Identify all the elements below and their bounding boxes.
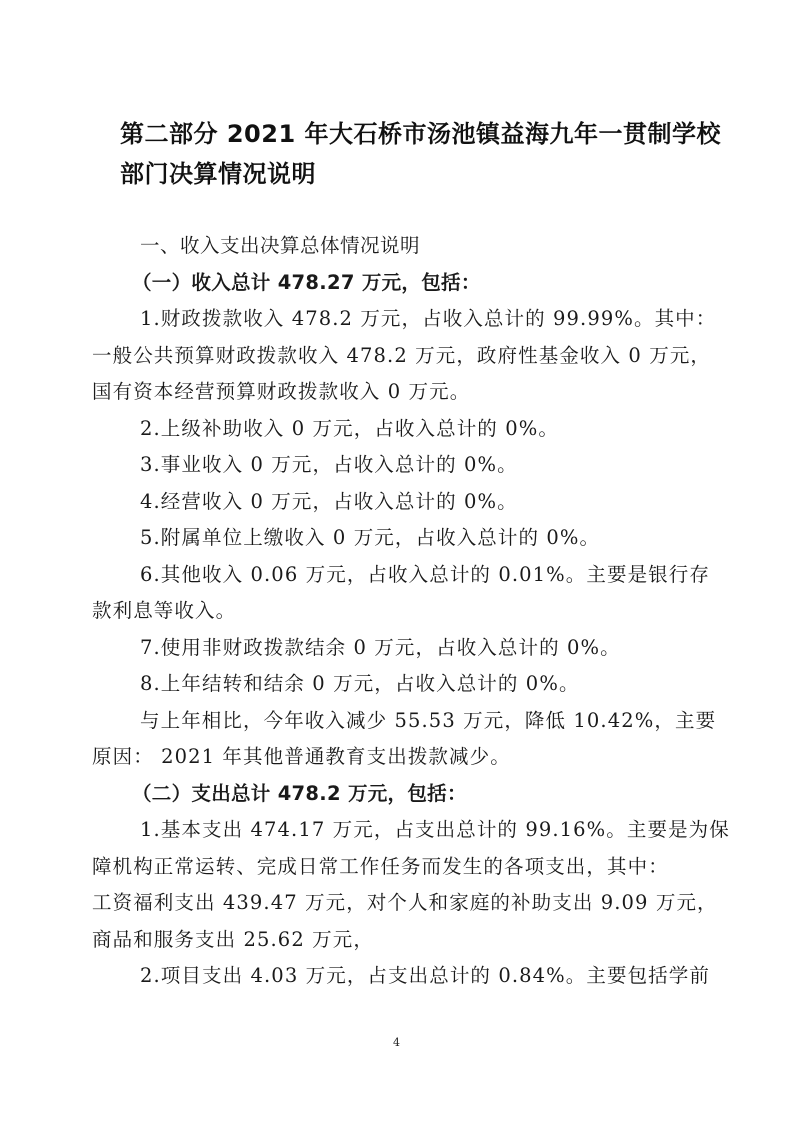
income-line: 6.其他收入 0.06 万元，占收入总计的 0.01%。主要是银行存	[92, 557, 712, 594]
page-number: 4	[0, 1036, 793, 1049]
expense-line: 2.项目支出 4.03 万元，占支出总计的 0.84%。主要包括学前	[92, 958, 712, 995]
expense-line: 障机构正常运转、完成日常工作任务而发生的各项支出，其中：	[92, 849, 712, 886]
expense-line: 1.基本支出 474.17 万元，占支出总计的 99.16%。主要是为保	[92, 812, 712, 849]
expense-heading: （二）支出总计 478.2 万元，包括：	[92, 776, 712, 813]
document-page: 第二部分 2021 年大石桥市汤池镇益海九年一贯制学校 部门决算情况说明 一、收…	[0, 0, 793, 1122]
document-title: 第二部分 2021 年大石桥市汤池镇益海九年一贯制学校 部门决算情况说明	[120, 114, 720, 194]
income-comparison-line: 与上年相比，今年收入减少 55.53 万元，降低 10.42%，主要	[92, 703, 712, 740]
income-comparison-line: 原因： 2021 年其他普通教育支出拨款减少。	[92, 739, 712, 776]
income-line: 国有资本经营预算财政拨款收入 0 万元。	[92, 374, 712, 411]
section-heading: 一、收入支出决算总体情况说明	[92, 228, 712, 265]
income-line: 8.上年结转和结余 0 万元，占收入总计的 0%。	[92, 666, 712, 703]
title-line-2: 部门决算情况说明	[120, 154, 720, 194]
expense-line: 商品和服务支出 25.62 万元，	[92, 922, 712, 959]
income-heading: （一）收入总计 478.27 万元，包括：	[92, 265, 712, 302]
income-line: 一般公共预算财政拨款收入 478.2 万元，政府性基金收入 0 万元，	[92, 338, 712, 375]
income-line: 3.事业收入 0 万元，占收入总计的 0%。	[92, 447, 712, 484]
document-body: 一、收入支出决算总体情况说明 （一）收入总计 478.27 万元，包括： 1.财…	[92, 228, 712, 995]
income-line: 4.经营收入 0 万元，占收入总计的 0%。	[92, 484, 712, 521]
income-line: 5.附属单位上缴收入 0 万元，占收入总计的 0%。	[92, 520, 712, 557]
expense-line: 工资福利支出 439.47 万元，对个人和家庭的补助支出 9.09 万元，	[92, 885, 712, 922]
income-line: 款利息等收入。	[92, 593, 712, 630]
income-line: 2.上级补助收入 0 万元，占收入总计的 0%。	[92, 411, 712, 448]
income-line: 7.使用非财政拨款结余 0 万元，占收入总计的 0%。	[92, 630, 712, 667]
income-line: 1.财政拨款收入 478.2 万元，占收入总计的 99.99%。其中：	[92, 301, 712, 338]
title-line-1: 第二部分 2021 年大石桥市汤池镇益海九年一贯制学校	[120, 114, 720, 154]
